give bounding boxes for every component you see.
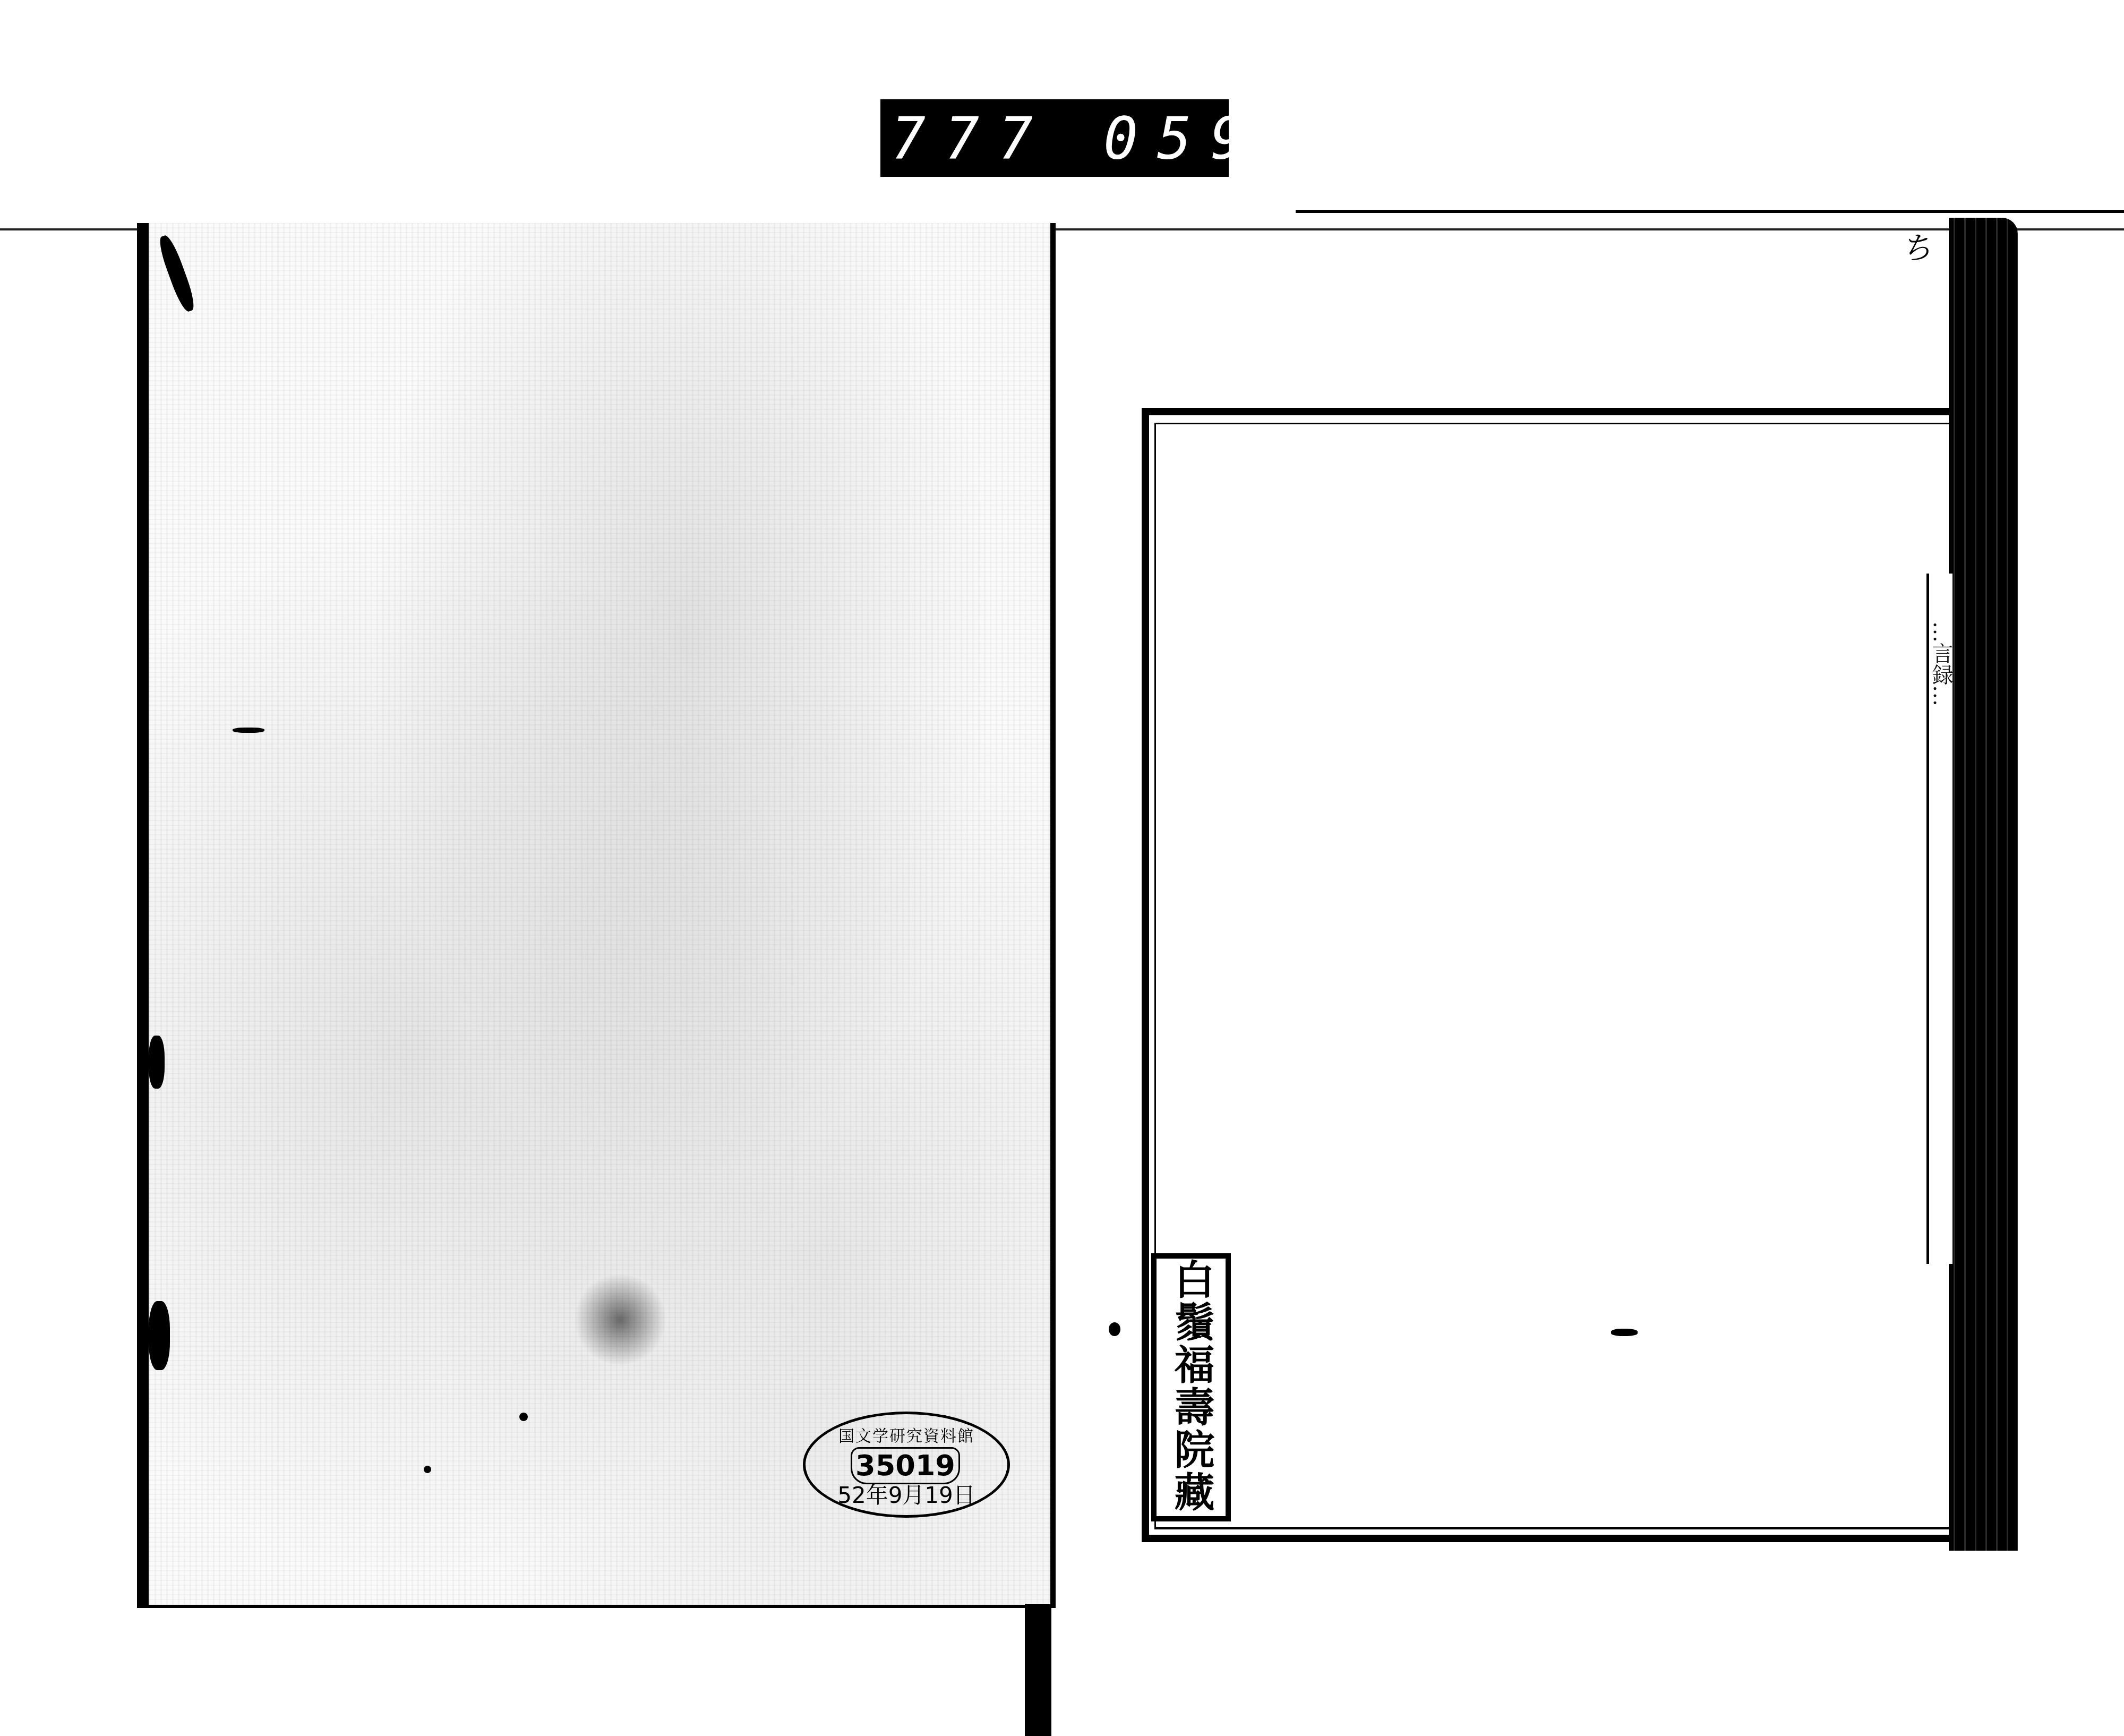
book-fore-edge <box>1949 218 2018 1551</box>
spine-title-slip: …言録… <box>1926 574 1952 1264</box>
scan-edge-line-right <box>1296 210 2124 213</box>
inside-cover-page <box>137 223 1056 1608</box>
stamp-institution: 国文学研究資料館 <box>827 1423 986 1446</box>
ink-stain <box>149 1301 170 1370</box>
book-gutter <box>1025 1604 1051 1736</box>
library-accession-stamp: 国文学研究資料館 35019 52年9月19日 <box>803 1412 1010 1518</box>
title-page-inner-frame <box>1154 423 1951 1529</box>
paper-smudge <box>572 1275 668 1365</box>
cover-binding-edge <box>137 223 149 1605</box>
ownership-seal: 白鬚福壽院藏 <box>1151 1253 1231 1521</box>
stamp-date: 52年9月19日 <box>816 1478 997 1510</box>
pencil-annotation: ち <box>1901 223 1932 268</box>
frame-counter: 777 059. <box>880 99 1229 177</box>
title-page <box>1142 408 1951 1542</box>
ink-stain <box>233 728 264 733</box>
ink-stain <box>424 1466 431 1473</box>
spine-title-text: …言録… <box>1929 621 1952 706</box>
frame-number: 059. <box>1103 106 1318 172</box>
ink-blot <box>1611 1329 1638 1336</box>
reel-number: 777 <box>891 106 1052 172</box>
ink-stain <box>519 1413 528 1421</box>
ink-dot <box>1109 1322 1120 1336</box>
ownership-seal-text: 白鬚福壽院藏 <box>1159 1259 1223 1516</box>
ink-stain <box>149 1036 165 1089</box>
ink-stain <box>156 233 198 313</box>
